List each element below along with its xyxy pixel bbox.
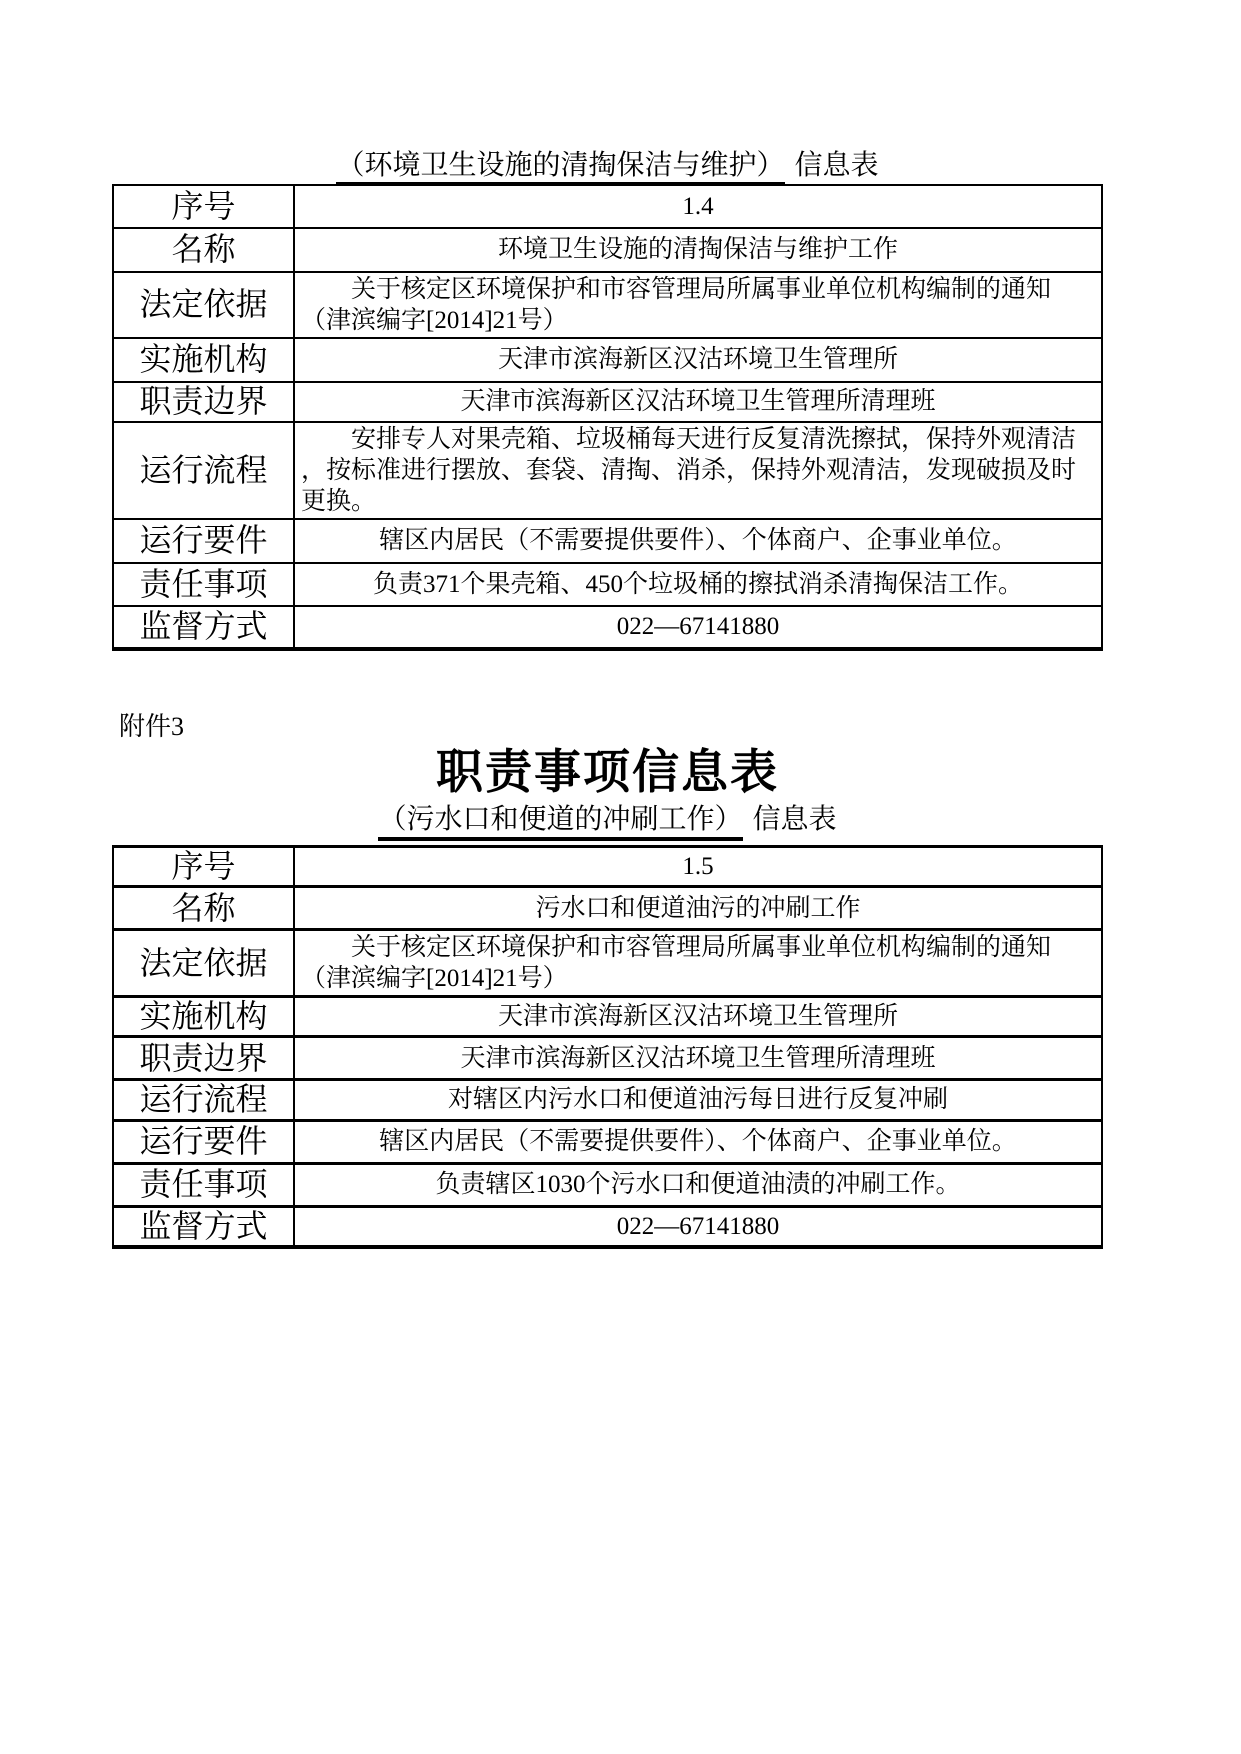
row-value: 对辖区内污水口和便道油污每日进行反复冲刷: [294, 1080, 1102, 1120]
row-label: 职责边界: [113, 1037, 294, 1080]
row-value: 天津市滨海新区汉沽环境卫生管理所清理班: [294, 382, 1102, 422]
row-label: 实施机构: [113, 338, 294, 382]
row-value: 负责371个果壳箱、450个垃圾桶的擦拭消杀清掏保洁工作。: [294, 563, 1102, 606]
table-row-implementing-agency: 实施机构 天津市滨海新区汉沽环境卫生管理所: [113, 338, 1102, 382]
row-value: 安排专人对果壳箱、垃圾桶每天进行反复清洗擦拭，保持外观清洁 ，按标准进行摆放、套…: [294, 422, 1102, 519]
row-value: 天津市滨海新区汉沽环境卫生管理所清理班: [294, 1037, 1102, 1080]
attachment-label: 附件3: [119, 711, 184, 743]
row-value: 污水口和便道油污的冲刷工作: [294, 887, 1102, 930]
table-row-operation-process: 运行流程 安排专人对果壳箱、垃圾桶每天进行反复清洗擦拭，保持外观清洁 ，按标准进…: [113, 422, 1102, 519]
table-row-duty-boundary: 职责边界 天津市滨海新区汉沽环境卫生管理所清理班: [113, 382, 1102, 422]
table-row-responsibilities: 责任事项 负责371个果壳箱、450个垃圾桶的擦拭消杀清掏保洁工作。: [113, 563, 1102, 606]
table-row-responsibilities: 责任事项 负责辖区1030个污水口和便道油渍的冲刷工作。: [113, 1163, 1102, 1206]
row-value: 辖区内居民（不需要提供要件）、个体商户、企事业单位。: [294, 1120, 1102, 1163]
row-value: 辖区内居民（不需要提供要件）、个体商户、企事业单位。: [294, 519, 1102, 563]
table2-caption-suffix: 信息表: [753, 804, 837, 835]
info-table-1-5: 序号 1.5 名称 污水口和便道油污的冲刷工作 法定依据 关于核定区环境保护和市…: [112, 845, 1103, 1249]
table-row-supervision-method: 监督方式 022—67141880: [113, 606, 1102, 649]
row-label: 法定依据: [113, 930, 294, 997]
row-value: 022—67141880: [294, 1206, 1102, 1247]
table1-caption-underlined: （环境卫生设施的清掏保洁与维护）: [336, 150, 784, 184]
row-label: 职责边界: [113, 382, 294, 422]
row-label: 运行要件: [113, 519, 294, 563]
row-value: 天津市滨海新区汉沽环境卫生管理所: [294, 338, 1102, 382]
section-title: 职责事项信息表: [112, 745, 1103, 801]
table-row-duty-boundary: 职责边界 天津市滨海新区汉沽环境卫生管理所清理班: [113, 1037, 1102, 1080]
row-label: 序号: [113, 185, 294, 228]
row-value: 关于核定区环境保护和市容管理局所属事业单位机构编制的通知 （津滨编字[2014]…: [294, 930, 1102, 997]
row-label: 运行流程: [113, 1080, 294, 1120]
row-value: 关于核定区环境保护和市容管理局所属事业单位机构编制的通知 （津滨编字[2014]…: [294, 272, 1102, 338]
table-row-operation-requirements: 运行要件 辖区内居民（不需要提供要件）、个体商户、企事业单位。: [113, 1120, 1102, 1163]
row-value: 天津市滨海新区汉沽环境卫生管理所: [294, 997, 1102, 1037]
table-row-operation-process: 运行流程 对辖区内污水口和便道油污每日进行反复冲刷: [113, 1080, 1102, 1120]
document-page: （环境卫生设施的清掏保洁与维护）信息表 序号 1.4 名称 环境卫生设施的清掏保…: [0, 0, 1241, 1754]
table2-caption-underlined: （污水口和便道的冲刷工作）: [378, 804, 742, 841]
table-row-name: 名称 环境卫生设施的清掏保洁与维护工作: [113, 228, 1102, 272]
row-label: 责任事项: [113, 563, 294, 606]
row-label: 责任事项: [113, 1163, 294, 1206]
table-row-legal-basis: 法定依据 关于核定区环境保护和市容管理局所属事业单位机构编制的通知 （津滨编字[…: [113, 930, 1102, 997]
table-row-serial: 序号 1.4: [113, 185, 1102, 228]
table-row-supervision-method: 监督方式 022—67141880: [113, 1206, 1102, 1247]
row-label: 监督方式: [113, 1206, 294, 1247]
row-label: 序号: [113, 847, 294, 887]
table-row-implementing-agency: 实施机构 天津市滨海新区汉沽环境卫生管理所: [113, 997, 1102, 1037]
row-value: 1.5: [294, 847, 1102, 887]
table-row-name: 名称 污水口和便道油污的冲刷工作: [113, 887, 1102, 930]
row-label: 实施机构: [113, 997, 294, 1037]
row-value: 1.4: [294, 185, 1102, 228]
row-label: 名称: [113, 228, 294, 272]
row-value: 环境卫生设施的清掏保洁与维护工作: [294, 228, 1102, 272]
row-value: 负责辖区1030个污水口和便道油渍的冲刷工作。: [294, 1163, 1102, 1206]
row-label: 运行流程: [113, 422, 294, 519]
row-label: 名称: [113, 887, 294, 930]
table-row-legal-basis: 法定依据 关于核定区环境保护和市容管理局所属事业单位机构编制的通知 （津滨编字[…: [113, 272, 1102, 338]
table2-caption: （污水口和便道的冲刷工作）信息表: [112, 803, 1103, 837]
table-row-serial: 序号 1.5: [113, 847, 1102, 887]
info-table-1-4: 序号 1.4 名称 环境卫生设施的清掏保洁与维护工作 法定依据 关于核定区环境保…: [112, 184, 1103, 651]
row-label: 监督方式: [113, 606, 294, 649]
row-label: 法定依据: [113, 272, 294, 338]
row-label: 运行要件: [113, 1120, 294, 1163]
table1-caption-suffix: 信息表: [795, 150, 879, 181]
row-value: 022—67141880: [294, 606, 1102, 649]
table-row-operation-requirements: 运行要件 辖区内居民（不需要提供要件）、个体商户、企事业单位。: [113, 519, 1102, 563]
table1-caption: （环境卫生设施的清掏保洁与维护）信息表: [112, 149, 1103, 183]
